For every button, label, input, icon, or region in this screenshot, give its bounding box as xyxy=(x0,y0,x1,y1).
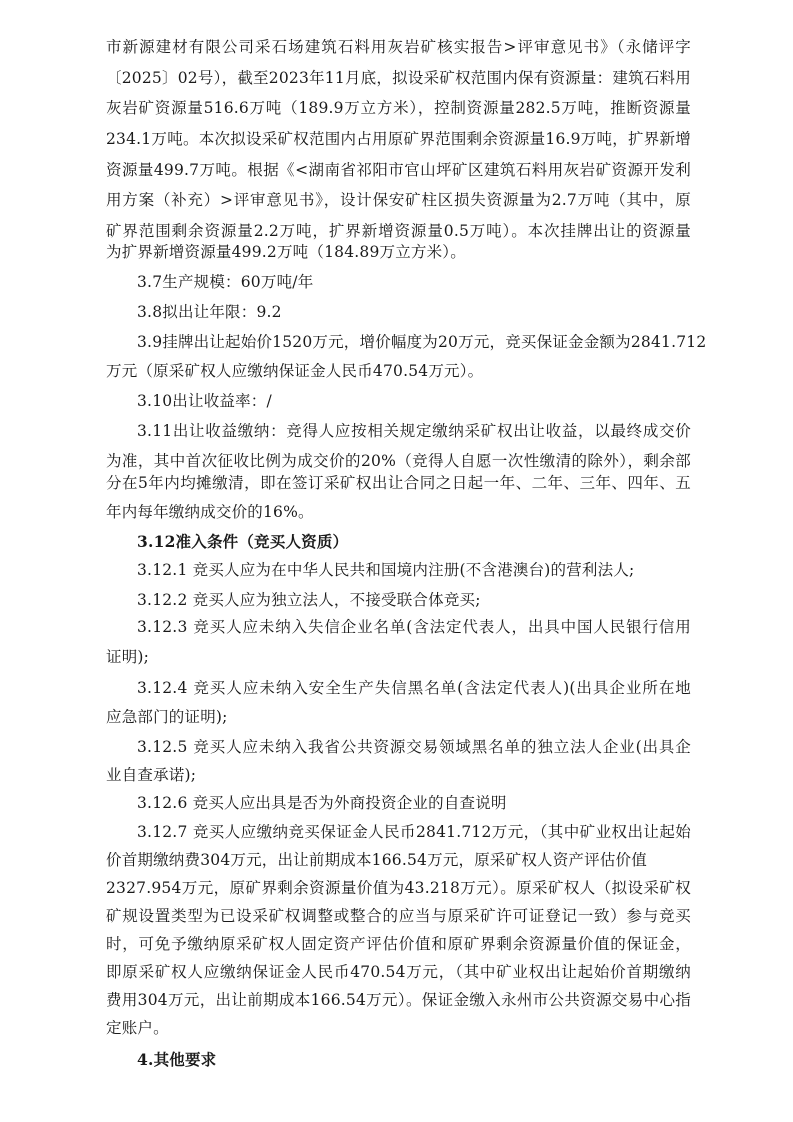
text-line: 3.12.6 竞买人应出具是否为外商投资企业的自查说明 xyxy=(137,792,691,814)
text-line: 矿界范围剩余资源量2.2万吨，扩界新增资源量0.5万吨）。本次挂牌出让的资源量 xyxy=(106,220,691,242)
text-line: 3.9挂牌出让起始价1520万元，增价幅度为20万元，竞买保证金金额为2841.… xyxy=(137,331,691,353)
section-heading: 4.其他要求 xyxy=(137,1049,691,1071)
text-line: 市新源建材有限公司采石场建筑石料用灰岩矿核实报告>评审意见书》（永储评字 xyxy=(106,36,691,58)
text-line: 资源量499.7万吨。根据《<湖南省祁阳市官山坪矿区建筑石料用灰岩矿资源开发利 xyxy=(106,159,691,181)
text-line: 应急部门的证明); xyxy=(106,706,691,728)
text-line: 时，可免予缴纳原采矿权人固定资产评估价值和原矿界剩余资源量价值的保证金， xyxy=(106,933,691,955)
text-line: 矿规设置类型为已设采矿权调整或整合的应当与原采矿许可证登记一致）参与竞买 xyxy=(106,905,691,927)
text-line: 3.8拟出让年限：9.2 xyxy=(137,301,691,323)
document-page: 市新源建材有限公司采石场建筑石料用灰岩矿核实报告>评审意见书》（永储评字〔202… xyxy=(0,0,793,1122)
text-line: 234.1万吨。本次拟设采矿权范围内占用原矿界范围剩余资源量16.9万吨，扩界新… xyxy=(106,128,691,150)
text-line: 业自查承诺); xyxy=(106,764,691,786)
text-line: 费用304万元，出让前期成本166.54万元）。保证金缴入永州市公共资源交易中心… xyxy=(106,989,691,1011)
text-line: 3.12.1 竞买人应为在中华人民共和国境内注册(不含港澳台)的营利法人; xyxy=(137,559,691,581)
text-line: 年内每年缴纳成交价的16%。 xyxy=(106,501,691,523)
text-line: 为扩界新增资源量499.2万吨（184.89万立方米）。 xyxy=(106,241,691,263)
text-line: 3.12.5 竞买人应未纳入我省公共资源交易领域黑名单的独立法人企业(出具企 xyxy=(137,736,691,758)
text-line: 2327.954万元，原矿界剩余资源量价值为43.218万元）。原采矿权人（拟设… xyxy=(106,877,691,899)
text-line: 灰岩矿资源量516.6万吨（189.9万立方米），控制资源量282.5万吨，推断… xyxy=(106,97,691,119)
text-line: 证明); xyxy=(106,646,691,668)
text-line: 万元（原采矿权人应缴纳保证金人民币470.54万元）。 xyxy=(106,360,691,382)
text-line: 用方案（补充）>评审意见书》，设计保安矿柱区损失资源量为2.7万吨（其中，原 xyxy=(106,189,691,211)
text-line: 3.11出让收益缴纳：竞得人应按相关规定缴纳采矿权出让收益，以最终成交价 xyxy=(137,420,691,442)
text-line: 3.12.2 竞买人应为独立法人，不接受联合体竞买; xyxy=(137,589,691,611)
text-line: 即原采矿权人应缴纳保证金人民币470.54万元，（其中矿业权出让起始价首期缴纳 xyxy=(106,961,691,983)
text-line: 价首期缴纳费304万元，出让前期成本166.54万元，原采矿权人资产评估价值 xyxy=(106,849,691,871)
text-line: 定账户。 xyxy=(106,1017,691,1039)
text-line: 为准，其中首次征收比例为成交价的20%（竞得人自愿一次性缴清的除外），剩余部 xyxy=(106,450,691,472)
text-line: 3.10出让收益率：/ xyxy=(137,390,691,412)
text-line: 3.12.4 竞买人应未纳入安全生产失信黑名单(含法定代表人)(出具企业所在地 xyxy=(137,677,691,699)
text-line: 分在5年内均摊缴清，即在签订采矿权出让合同之日起一年、二年、三年、四年、五 xyxy=(106,472,691,494)
text-line: 3.12.3 竞买人应未纳入失信企业名单(含法定代表人，出具中国人民银行信用 xyxy=(137,616,691,638)
text-line: 3.7生产规模：60万吨/年 xyxy=(137,271,691,293)
text-line: 〔2025〕02号），截至2023年11月底，拟设采矿权范围内保有资源量：建筑石… xyxy=(106,67,691,89)
text-line: 3.12.7 竞买人应缴纳竞买保证金人民币2841.712万元，（其中矿业权出让… xyxy=(137,821,691,843)
section-heading: 3.12准入条件（竞买人资质） xyxy=(137,531,691,553)
